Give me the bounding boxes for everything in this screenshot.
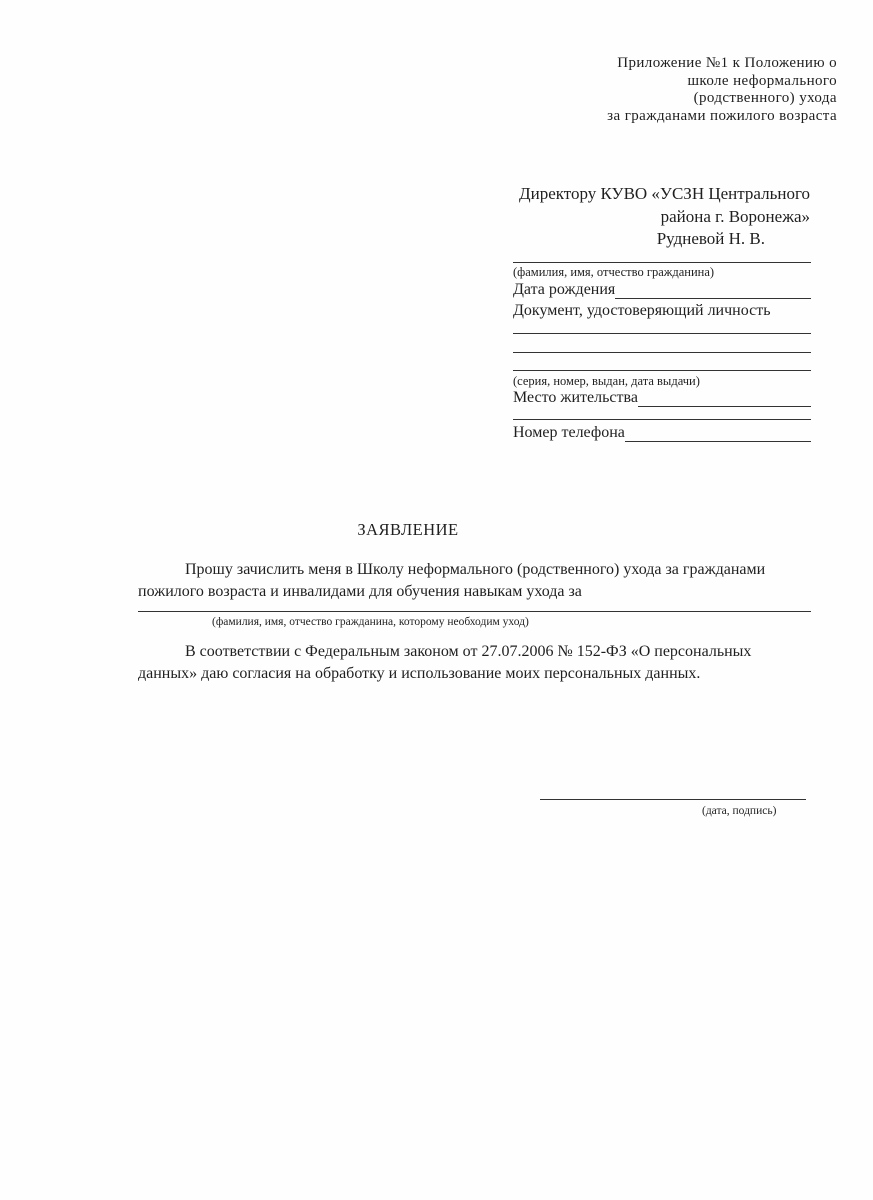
applicant-name-caption: (фамилия, имя, отчество гражданина): [513, 265, 811, 279]
appendix-line-2: школе неформального: [607, 73, 837, 91]
doc-details-caption: (серия, номер, выдан, дата выдачи): [513, 374, 811, 388]
phone-blank-line: [625, 441, 811, 442]
consent-paragraph-line-2: данных» даю согласия на обработку и испо…: [138, 663, 828, 685]
consent-paragraph: В соответствии с Федеральным законом от …: [138, 641, 828, 684]
applicant-name-blank-line: [513, 254, 811, 263]
identity-doc-blank-line-3: [513, 353, 811, 371]
care-recipient-blank-line: [138, 602, 811, 612]
appendix-reference-block: Приложение №1 к Положению о школе неформ…: [607, 55, 837, 125]
identity-doc-blank-line-2: [513, 334, 811, 353]
addressee-block: Директору КУВО «УСЗН Центрального района…: [519, 183, 810, 251]
care-recipient-caption: (фамилия, имя, отчество гражданина, кото…: [212, 615, 529, 629]
addressee-line-3: Рудневой Н. В.: [519, 228, 810, 251]
signature-caption: (дата, подпись): [702, 804, 776, 818]
residence-label: Место жительства: [513, 389, 638, 407]
birth-date-label: Дата рождения: [513, 281, 615, 299]
birth-date-blank-line: [615, 298, 811, 299]
identity-doc-blank-line-1: [513, 320, 811, 334]
document-title: ЗАЯВЛЕНИЕ: [138, 520, 678, 540]
residence-row: Место жительства: [513, 389, 811, 407]
identity-doc-label: Документ, удостоверяющий личность: [513, 302, 811, 320]
scanned-application-document: Приложение №1 к Положению о школе неформ…: [0, 0, 873, 1200]
appendix-line-3: (родственного) ухода: [607, 90, 837, 108]
phone-row: Номер телефона: [513, 424, 811, 442]
appendix-line-4: за гражданами пожилого возраста: [607, 108, 837, 126]
applicant-details-block: (фамилия, имя, отчество гражданина) Дата…: [513, 254, 811, 442]
birth-date-row: Дата рождения: [513, 282, 811, 299]
residence-blank-line-2: [513, 407, 811, 420]
residence-blank-line-1: [638, 406, 811, 407]
request-paragraph: Прошу зачислить меня в Школу неформально…: [138, 559, 828, 602]
addressee-line-2: района г. Воронежа»: [519, 206, 810, 229]
phone-label: Номер телефона: [513, 424, 625, 442]
signature-blank-line: [540, 790, 806, 800]
request-paragraph-line-2: пожилого возраста и инвалидами для обуче…: [138, 581, 828, 603]
addressee-line-1: Директору КУВО «УСЗН Центрального: [519, 183, 810, 206]
appendix-line-1: Приложение №1 к Положению о: [607, 55, 837, 73]
request-paragraph-line-1: Прошу зачислить меня в Школу неформально…: [138, 559, 828, 581]
consent-paragraph-line-1: В соответствии с Федеральным законом от …: [138, 641, 828, 663]
